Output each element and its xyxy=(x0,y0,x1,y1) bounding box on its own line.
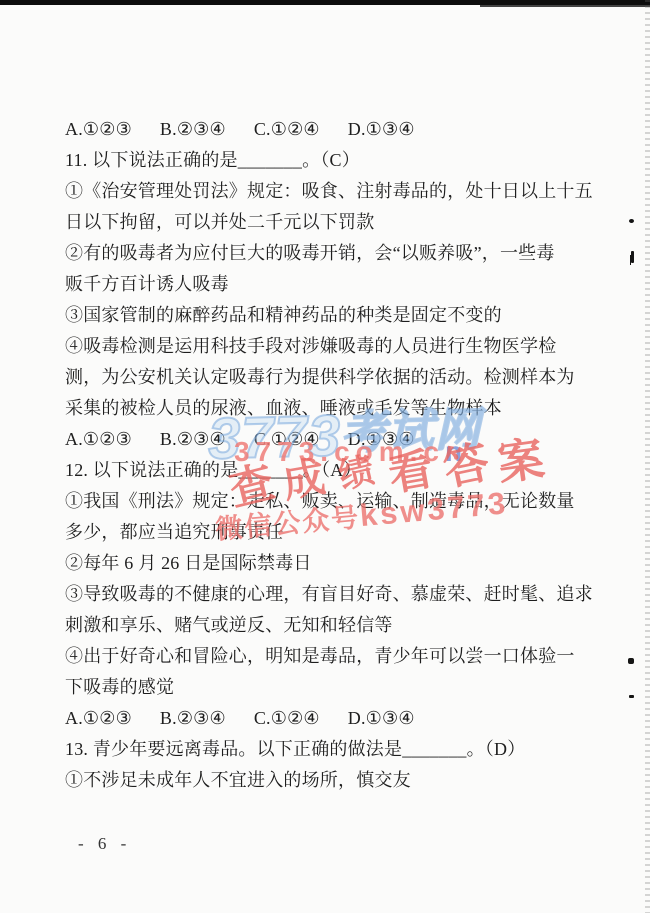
option-d: D.①③④ xyxy=(348,424,415,455)
answer-options-row: A.①②③B.②③④C.①②④D.①③④ xyxy=(65,424,600,455)
question-13-stem: 13. 青少年要远离毒品。以下正确的做法是_______。（D） xyxy=(65,734,600,765)
statement-line: ①我国《刑法》规定：走私、贩卖、运输、制造毒品，无论数量 xyxy=(65,486,600,517)
option-b: B.②③④ xyxy=(160,114,226,145)
statement-line: 测，为公安机关认定吸毒行为提供科学依据的活动。检测样本为 xyxy=(65,362,600,393)
option-d: D.①③④ xyxy=(348,114,415,145)
question-content: A.①②③B.②③④C.①②④D.①③④ 11. 以下说法正确的是_______… xyxy=(65,114,600,796)
option-a: A.①②③ xyxy=(65,424,132,455)
page-number: - 6 - xyxy=(78,834,131,854)
option-c: C.①②④ xyxy=(254,703,320,734)
statement-line: ②每年 6 月 26 日是国际禁毒日 xyxy=(65,548,600,579)
statement-line: 刺激和享乐、赌气或逆反、无知和轻信等 xyxy=(65,610,600,641)
option-a: A.①②③ xyxy=(65,703,132,734)
statement-line: ①《治安管理处罚法》规定：吸食、注射毒品的，处十日以上十五 xyxy=(65,176,600,207)
question-12-stem: 12. 以下说法正确的是_______。（A） xyxy=(65,455,600,486)
statement-line: ④出于好奇心和冒险心，明知是毒品，青少年可以尝一口体验一 xyxy=(65,641,600,672)
option-d: D.①③④ xyxy=(348,703,415,734)
statement-line: ③导致吸毒的不健康的心理，有盲目好奇、慕虚荣、赶时髦、追求 xyxy=(65,579,600,610)
statement-line: 多少，都应当追究刑事责任 xyxy=(65,517,600,548)
ink-speck xyxy=(629,695,634,698)
statement-line: 采集的被检人员的尿液、血液、唾液或毛发等生物样本 xyxy=(65,393,600,424)
option-b: B.②③④ xyxy=(160,703,226,734)
statement-line: ④吸毒检测是运用科技手段对涉嫌吸毒的人员进行生物医学检 xyxy=(65,331,600,362)
option-c: C.①②④ xyxy=(254,424,320,455)
scanned-exam-page: A.①②③B.②③④C.①②④D.①③④ 11. 以下说法正确的是_______… xyxy=(0,0,650,913)
statement-line: ②有的吸毒者为应付巨大的吸毒开销，会“以贩养吸”，一些毒 xyxy=(65,238,600,269)
statement-line: ③国家管制的麻醉药品和精神药品的种类是固定不变的 xyxy=(65,300,600,331)
statement-line: 贩千方百计诱人吸毒 xyxy=(65,269,600,300)
ink-speck xyxy=(629,219,634,223)
statement-line: ①不涉足未成年人不宜进入的场所，慎交友 xyxy=(65,765,600,796)
option-c: C.①②④ xyxy=(254,114,320,145)
scan-edge-top xyxy=(0,0,650,5)
question-11-stem: 11. 以下说法正确的是_______。（C） xyxy=(65,145,600,176)
answer-options-row: A.①②③B.②③④C.①②④D.①③④ xyxy=(65,703,600,734)
option-b: B.②③④ xyxy=(160,424,226,455)
ink-speck xyxy=(631,251,634,263)
answer-options-row: A.①②③B.②③④C.①②④D.①③④ xyxy=(65,114,600,145)
statement-line: 日以下拘留，可以并处二千元以下罚款 xyxy=(65,207,600,238)
ink-speck xyxy=(628,658,634,664)
scan-edge-right xyxy=(645,0,650,913)
option-a: A.①②③ xyxy=(65,114,132,145)
statement-line: 下吸毒的感觉 xyxy=(65,672,600,703)
